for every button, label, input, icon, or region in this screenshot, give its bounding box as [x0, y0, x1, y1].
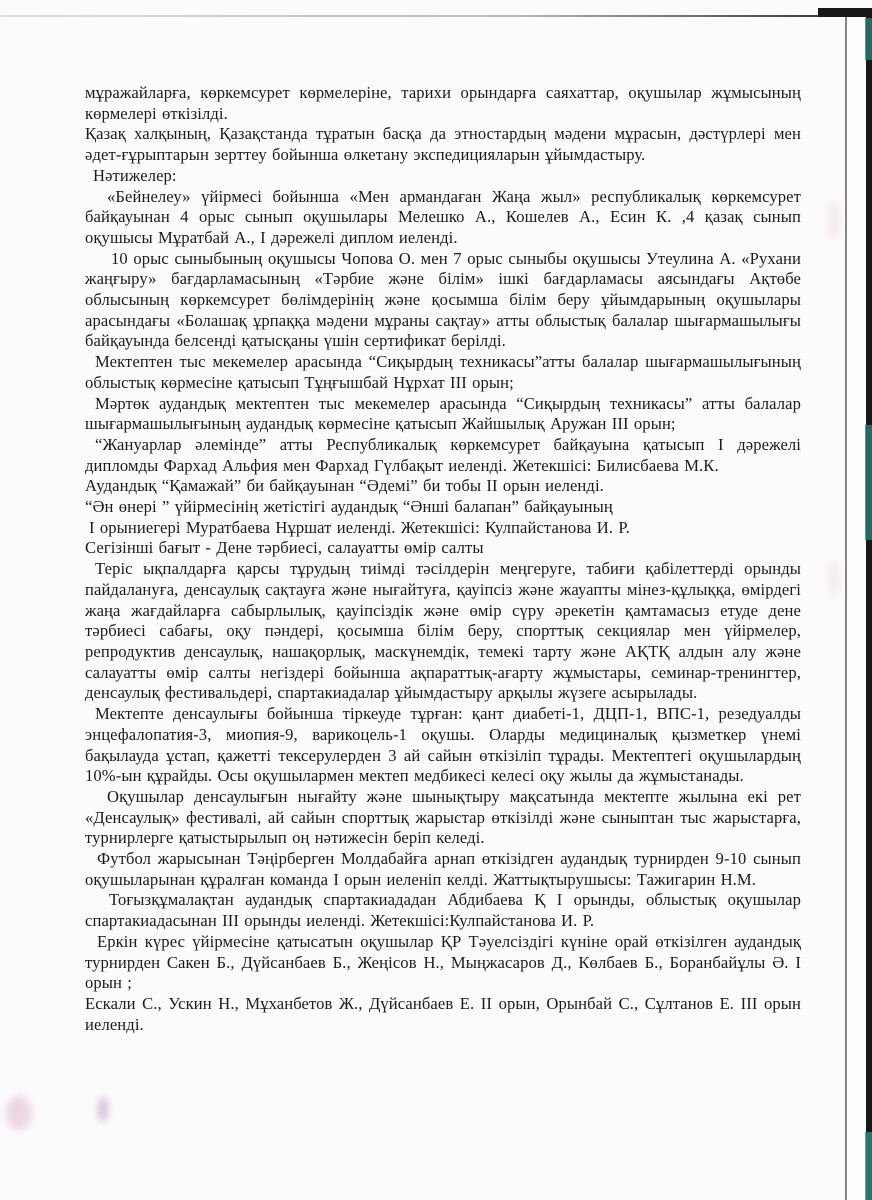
paragraph: Ескали С., Ускин Н., Мұханбетов Ж., Дүйс… [85, 994, 801, 1035]
paragraph: “Ән өнері ” үйірмесінің жетістігі ауданд… [85, 497, 801, 518]
paragraph: Мектепте денсаулығы бойынша тіркеуде тұр… [85, 704, 801, 787]
scan-top-right-corner [818, 8, 872, 17]
scan-smudge [98, 1096, 108, 1122]
paragraph: Аудандық “Қамажай” би байқауынан “Әдемі”… [85, 476, 801, 497]
paragraph: Тоғызқұмалақтан аудандық спартакиададан … [85, 890, 801, 931]
paragraph: Нәтижелер: [85, 166, 801, 187]
scan-smudge [828, 560, 840, 596]
paragraph: Мектептен тыс мекемелер арасында “Сиқырд… [85, 352, 801, 393]
paragraph: 10 орыс сыныбының оқушысы Чопова О. мен … [85, 249, 801, 353]
scan-edge-tint [865, 1132, 872, 1200]
document-text: мұражайларға, көркемсурет көрмелеріне, т… [85, 83, 801, 1035]
scan-edge-tint [865, 425, 872, 540]
paragraph: Еркін күрес үйірмесіне қатысатын оқушыла… [85, 932, 801, 994]
paragraph: Футбол жарысынан Тәңірберген Молдабайға … [85, 849, 801, 890]
scan-edge-tint [865, 18, 872, 60]
paragraph: I орыниегері Муратбаева Нұршат иеленді. … [85, 518, 801, 539]
paragraph: Қазақ халқының, Қазақстанда тұратын басқ… [85, 124, 801, 165]
scan-top-edge-line [0, 15, 848, 17]
paragraph: Теріс ықпалдарға қарсы тұрудың тиімді тә… [85, 559, 801, 704]
paragraph: мұражайларға, көркемсурет көрмелеріне, т… [85, 83, 801, 124]
scan-smudge [828, 200, 840, 240]
scan-right-paper-strip [847, 13, 866, 1200]
paragraph: “Жануарлар әлемінде” атты Республикалық … [85, 435, 801, 476]
scan-smudge [6, 1096, 32, 1130]
scanned-page: мұражайларға, көркемсурет көрмелеріне, т… [0, 0, 872, 1200]
scan-right-edge-strip [866, 8, 872, 1200]
paragraph: Оқушылар денсаулығын нығайту және шынықт… [85, 787, 801, 849]
paragraph: Мәртөк аудандық мектептен тыс мекемелер … [85, 394, 801, 435]
paragraph: «Бейнелеу» үйірмесі бойынша «Мен арманда… [85, 187, 801, 249]
paragraph: Сегізінші бағыт - Дене тәрбиесі, салауат… [85, 538, 801, 559]
scan-vertical-crease [845, 13, 847, 1200]
